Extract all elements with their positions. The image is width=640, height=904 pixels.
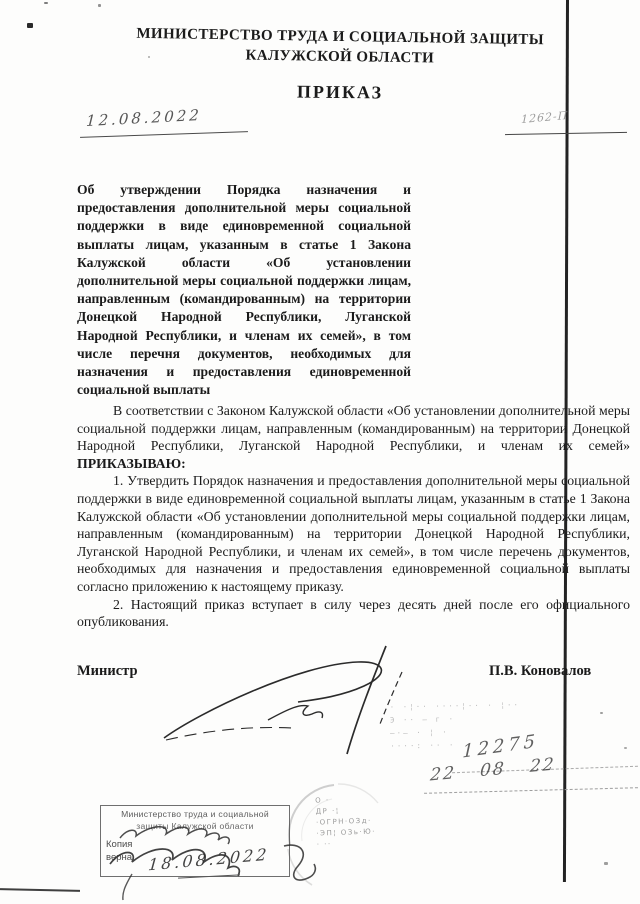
ministry-header: МИНИСТЕРСТВО ТРУДА И СОЦИАЛЬНОЙ ЗАЩИТЫ К… [60,23,621,72]
minister-signature [150,642,420,757]
scan-speck [98,4,101,7]
scan-speck [27,23,33,28]
document-type-title: ПРИКАЗ [60,79,620,106]
registration-underline-2 [424,787,638,794]
order-subject: Об утверждении Порядка назначения и пред… [77,181,411,399]
handwritten-order-date: 12.08.2022 [86,106,203,130]
signer-position: Министр [77,663,138,680]
order-body: В соответствии с Законом Калужской облас… [77,402,630,631]
date-underline [80,131,248,138]
scanned-document-page: МИНИСТЕРСТВО ТРУДА И СОЦИАЛЬНОЙ ЗАЩИТЫ К… [0,0,640,904]
signer-name: П.В. Коновалов [489,663,591,680]
preamble-text: В соответствии с Законом Калужской облас… [77,403,630,453]
scan-speck [600,712,603,714]
scan-speck [44,2,48,4]
scan-speck [624,747,627,749]
handwritten-order-number: 1262-П [521,109,568,126]
handwritten-registration-date: 22 08 22 [429,754,556,785]
scan-speck [604,862,608,865]
prikazyvayu-word: ПРИКАЗЫВАЮ: [77,456,186,471]
preamble-paragraph: В соответствии с Законом Калужской облас… [77,402,630,472]
bottom-edge-line [0,888,80,892]
order-item-1: 1. Утвердить Порядок назначения и предос… [77,472,630,595]
order-item-2: 2. Настоящий приказ вступает в силу чере… [77,596,630,631]
